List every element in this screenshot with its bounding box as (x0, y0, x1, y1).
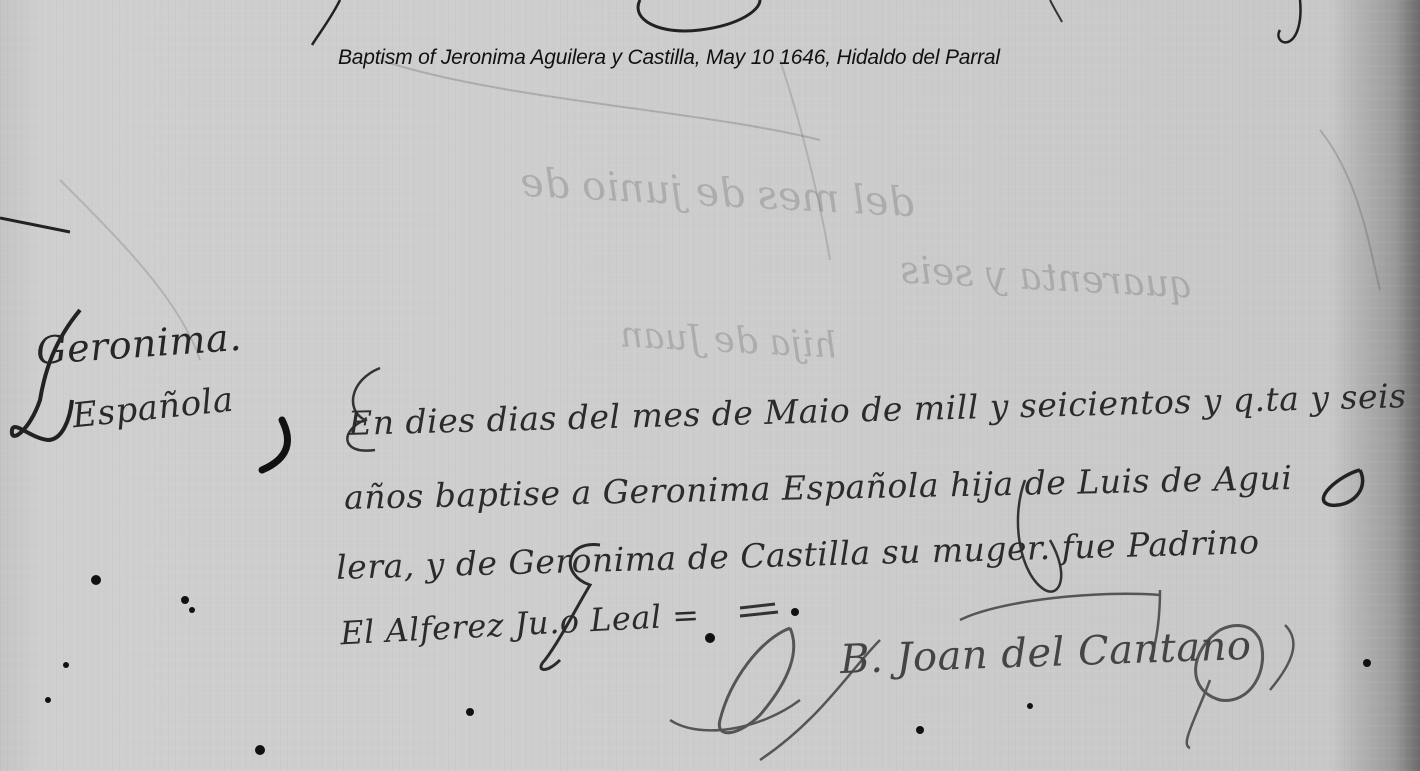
record-line-1: En dies dias del mes de Maio de mill y s… (348, 376, 1407, 443)
margin-note-status: Española (70, 380, 235, 437)
bleed-through-line-1: del mes de junio de (519, 160, 915, 227)
bleed-through-line-3: hija de Juan (619, 314, 838, 366)
margin-note-name: Geronima. (35, 315, 243, 373)
image-caption: Baptism of Jeronima Aguilera y Castilla,… (338, 46, 1000, 70)
document-scan: del mes de junio de quarenta y seis hija… (0, 0, 1420, 771)
priest-signature: B. Joan del Cantano (839, 623, 1252, 683)
bleed-through-line-2: quarenta y seis (899, 247, 1195, 306)
record-line-4: El Alferez Ju.o Leal = (339, 596, 700, 653)
record-line-3: lera, y de Geronima de Castilla su muger… (336, 522, 1260, 587)
record-line-2: años baptise a Geronima Española hija de… (344, 458, 1293, 517)
